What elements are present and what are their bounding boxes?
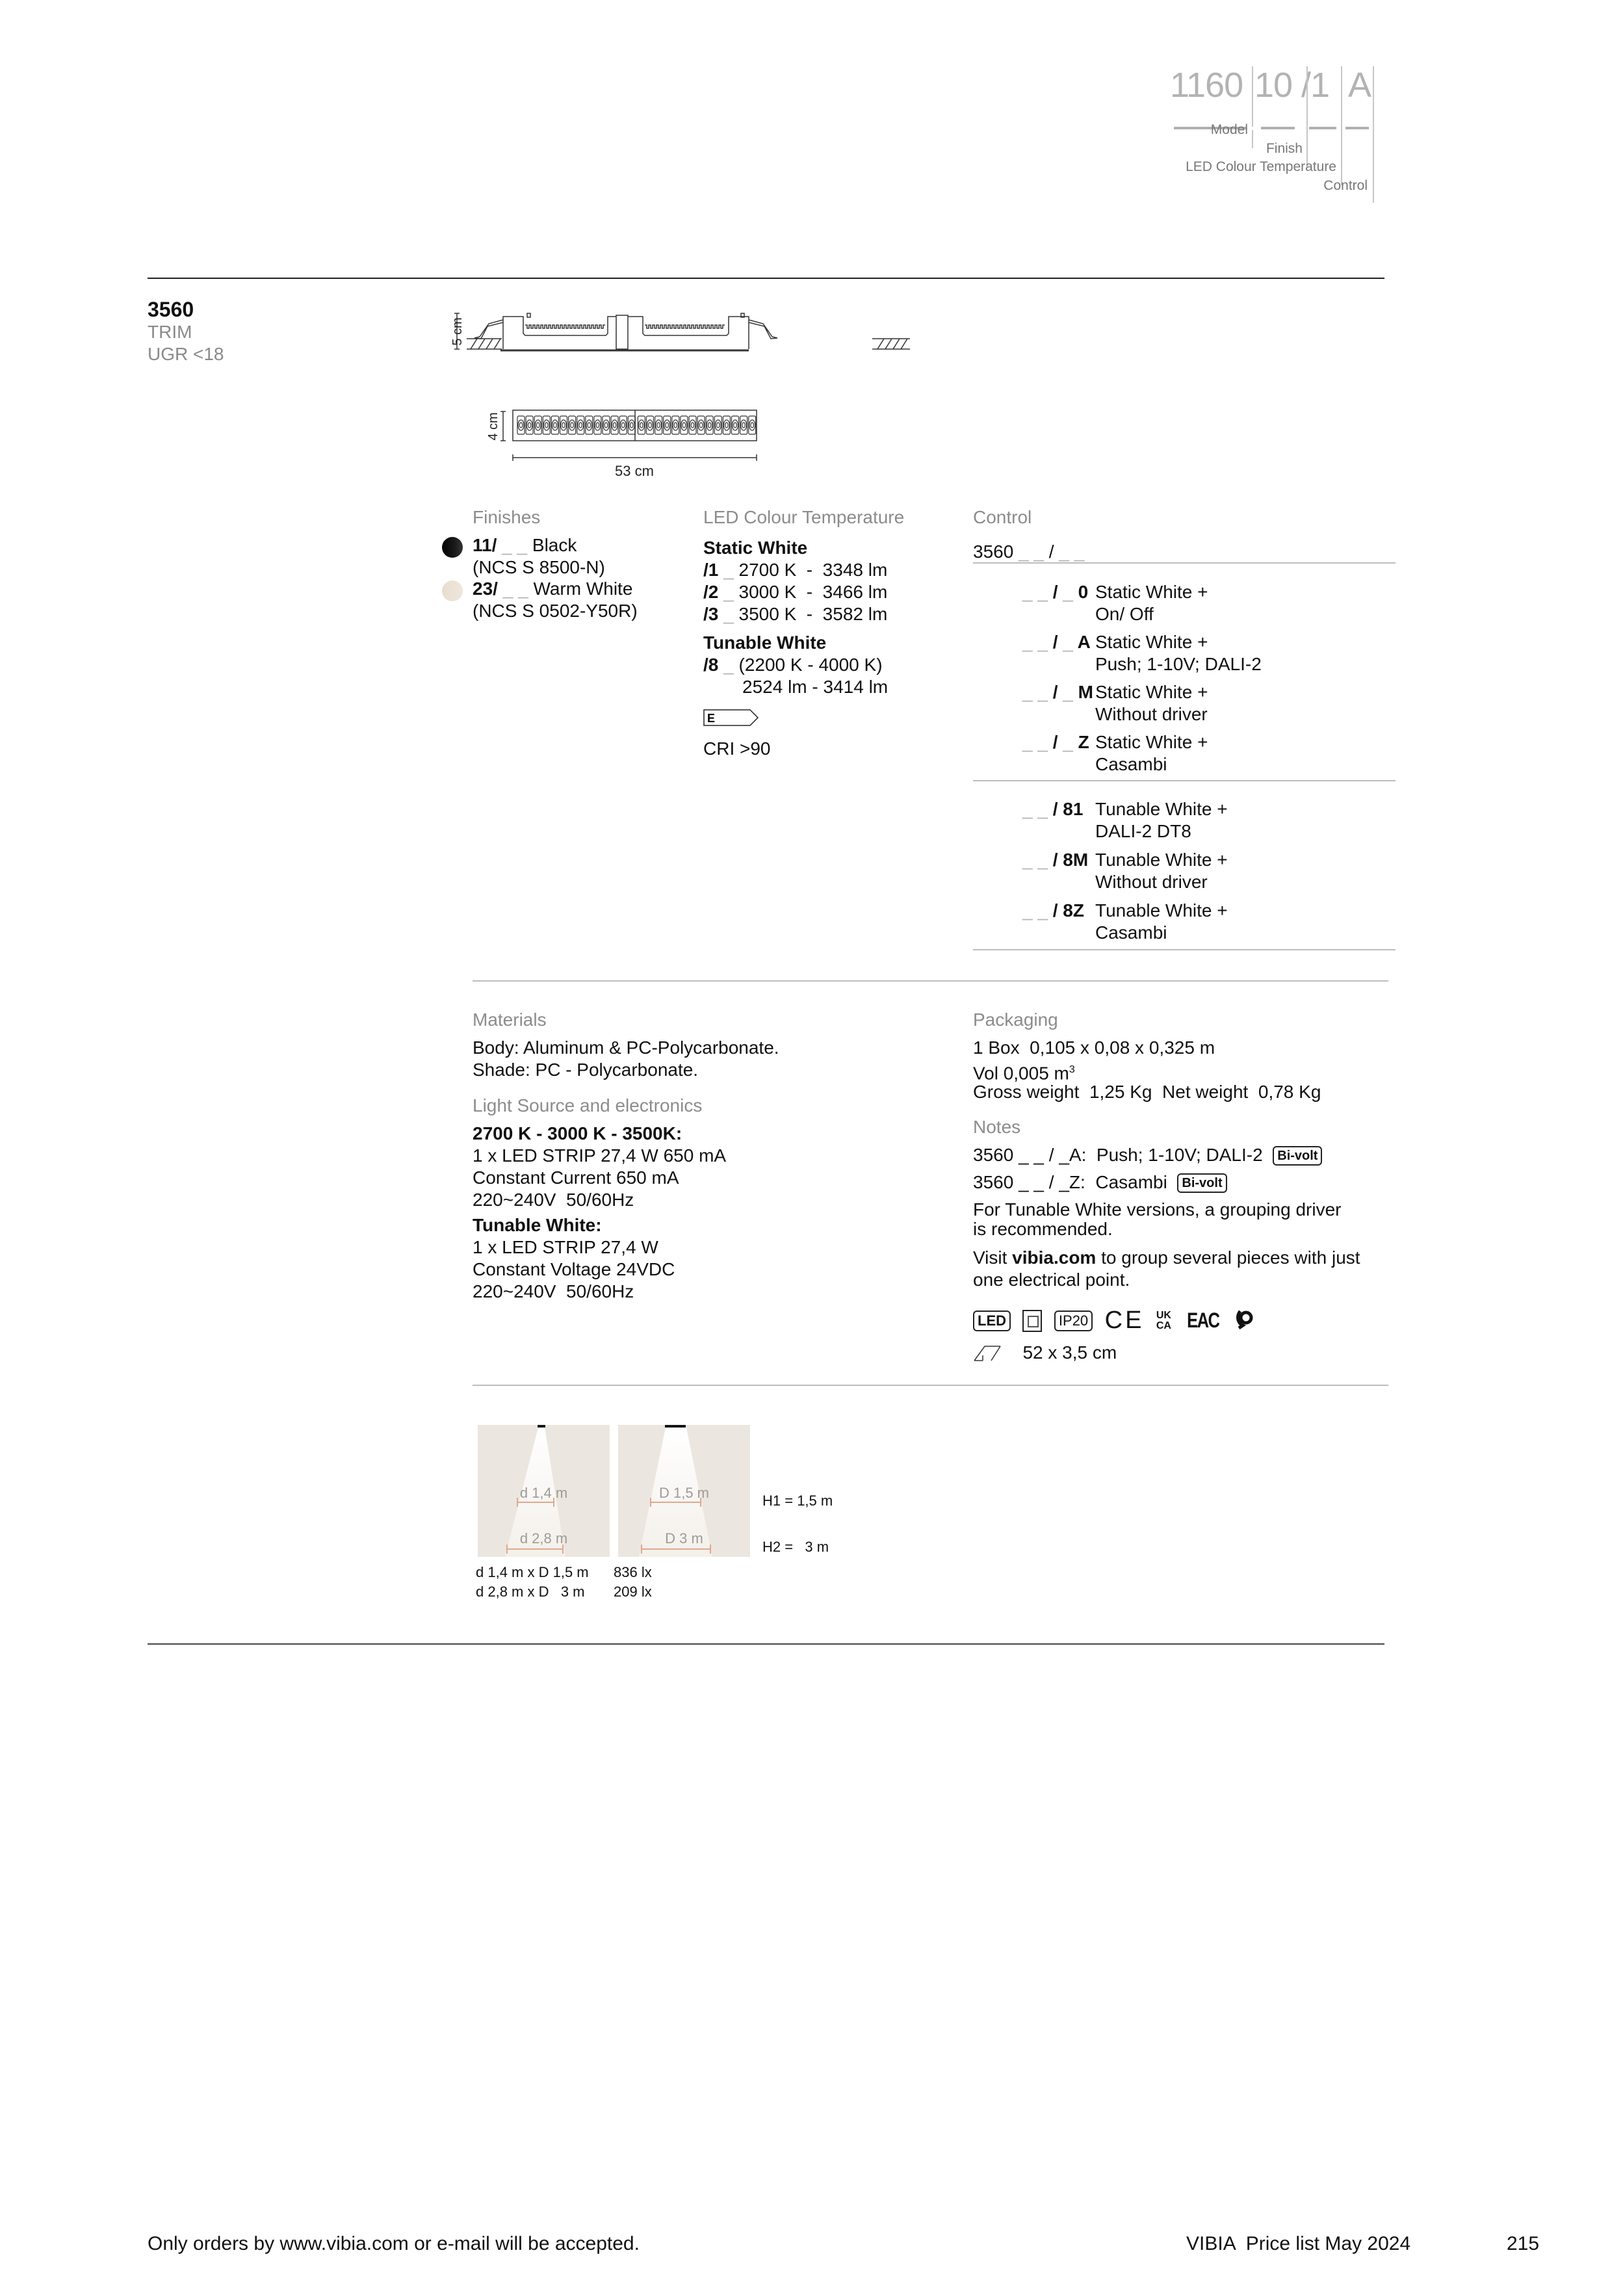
finish-swatch-black[interactable]: [442, 537, 463, 558]
control-option-description: Static White +On/ Off: [1095, 581, 1208, 625]
legend-underline: [1309, 127, 1336, 129]
light-source-line: Constant Current 650 mA: [473, 1167, 679, 1189]
product-ugr: UGR <18: [148, 343, 224, 365]
control-option-code: _ _ / _ A: [1022, 631, 1091, 653]
led-option-3500[interactable]: /3 _ 3500 K - 3582 lm: [703, 603, 887, 625]
side-and-front-drawing: 5 cm 4 cm 53 cm: [448, 306, 955, 481]
svg-text:E: E: [707, 712, 715, 725]
footer-pricelist: VIBIA Price list May 2024: [1186, 2233, 1410, 2255]
led-icon: LED: [973, 1311, 1011, 1331]
finish-warm-white[interactable]: 23/ _ _ Warm White: [473, 578, 632, 600]
beam-diagram-narrow: d 1,4 m d 2,8 m: [478, 1425, 610, 1557]
legend-model-code: 1160: [1170, 65, 1243, 105]
height-h1: H1 = 1,5 m: [762, 1491, 833, 1511]
bi-volt-badge: Bi-volt: [1273, 1146, 1322, 1166]
legend-divider: [1373, 66, 1374, 203]
legend-divider: [1306, 66, 1308, 167]
legend-label-model: Model: [1211, 122, 1248, 138]
materials-shade: Shade: PC - Polycarbonate.: [473, 1059, 698, 1081]
legend-divider: [1252, 66, 1253, 127]
technical-drawing: 5 cm 4 cm 53 cm: [448, 306, 955, 481]
packaging-weight: Gross weight 1,25 Kg Net weight 0,78 Kg: [973, 1081, 1321, 1103]
led-option-tunable[interactable]: /8 _ (2200 K - 4000 K): [703, 654, 883, 676]
class-ii-icon: [1022, 1310, 1042, 1332]
finish-black-ncs: (NCS S 8500-N): [473, 556, 605, 579]
product-code: 3560: [148, 298, 224, 321]
cutout-size: 52 x 3,5 cm: [1022, 1342, 1117, 1363]
photometry-lux-1: 836 lx: [614, 1563, 652, 1582]
section-divider: [473, 980, 1388, 982]
certifications: LED IP20 CE UKCA EAC: [973, 1307, 1264, 1335]
footer-page-number: 215: [1507, 2233, 1539, 2255]
control-option-code: _ _ / _ Z: [1022, 731, 1089, 753]
packaging-title: Packaging: [973, 1010, 1058, 1030]
legend-divider: [1252, 130, 1253, 148]
control-option-description: Tunable White +Without driver: [1095, 849, 1228, 893]
light-source-static-heading: 2700 K - 3000 K - 3500K:: [473, 1123, 682, 1145]
led-option-2700[interactable]: /1 _ 2700 K - 3348 lm: [703, 559, 887, 581]
light-source-tunable-heading: Tunable White:: [473, 1214, 602, 1236]
led-option-3000[interactable]: /2 _ 3000 K - 3466 lm: [703, 581, 887, 603]
beam-diagram-wide: D 1,5 m D 3 m: [618, 1425, 750, 1557]
materials-title: Materials: [473, 1010, 547, 1030]
control-option-code: _ _ / _ 0: [1022, 581, 1088, 603]
legend-label-control: Control: [1323, 178, 1368, 194]
section-divider: [148, 1643, 1384, 1645]
note-a: 3560 _ _ / _A: Push; 1-10V; DALI-2 Bi-vo…: [973, 1144, 1322, 1166]
ip20-icon: IP20: [1054, 1311, 1093, 1331]
control-title: Control: [973, 507, 1032, 528]
control-code-pattern: 3560 _ _ / _ _: [973, 541, 1084, 563]
control-option-code: _ _ / _ M: [1022, 681, 1093, 703]
finishes-title: Finishes: [473, 507, 540, 528]
photometry-lux-2: 209 lx: [614, 1582, 652, 1602]
ukca-mark-icon: UKCA: [1156, 1311, 1171, 1331]
code-legend: 1160 10 /1 A Model Finish LED Colour Tem…: [1163, 65, 1397, 202]
section-divider: [148, 278, 1384, 279]
photometry-dims-2: d 2,8 m x D 3 m: [476, 1582, 585, 1602]
legend-label-finish: Finish: [1266, 141, 1303, 157]
light-source-line: 1 x LED STRIP 27,4 W: [473, 1236, 658, 1259]
svg-text:4 cm: 4 cm: [486, 412, 500, 440]
light-source-line: 1 x LED STRIP 27,4 W 650 mA: [473, 1145, 726, 1167]
light-source-line: 220~240V 50/60Hz: [473, 1189, 634, 1211]
legend-underline: [1261, 127, 1295, 129]
product-header: 3560 TRIM UGR <18: [148, 298, 224, 365]
control-option-code: _ _ / 81: [1022, 798, 1083, 820]
bi-volt-badge: Bi-volt: [1177, 1173, 1227, 1193]
control-option-code: _ _ / 8Z: [1022, 900, 1084, 922]
legend-finish-code: 10: [1254, 65, 1292, 105]
footer-orders-note: Only orders by www.vibia.com or e-mail w…: [148, 2233, 640, 2255]
eac-mark-icon: EAC: [1188, 1309, 1219, 1333]
recycle-mark-icon: [1235, 1307, 1254, 1335]
legend-divider: [1341, 66, 1342, 185]
control-divider: [973, 780, 1396, 781]
materials-body: Body: Aluminum & PC-Polycarbonate.: [473, 1037, 779, 1059]
height-h2: H2 = 3 m: [762, 1537, 829, 1557]
note-visit: Visit vibia.com to group several pieces …: [973, 1247, 1360, 1269]
tunable-lumen: 2524 lm - 3414 lm: [742, 676, 888, 698]
control-option-code: _ _ / 8M: [1022, 849, 1088, 871]
finish-warm-white-ncs: (NCS S 0502-Y50R): [473, 600, 638, 622]
static-white-title: Static White: [703, 537, 807, 559]
finish-black[interactable]: 11/ _ _ Black: [473, 534, 577, 556]
light-source-line: Constant Voltage 24VDC: [473, 1259, 675, 1281]
ce-mark-icon: CE: [1105, 1307, 1145, 1335]
control-option-description: Tunable White +DALI-2 DT8: [1095, 798, 1228, 842]
energy-class-label: E: [703, 709, 762, 730]
light-source-title: Light Source and electronics: [473, 1095, 702, 1116]
led-title: LED Colour Temperature: [703, 507, 904, 528]
finish-swatch-warm-white[interactable]: [442, 581, 463, 601]
cri-value: CRI >90: [703, 738, 771, 760]
control-divider: [973, 949, 1396, 950]
control-option-description: Static White +Push; 1-10V; DALI-2: [1095, 631, 1262, 675]
note-tunable-2: is recommended.: [973, 1218, 1113, 1240]
light-source-line: 220~240V 50/60Hz: [473, 1281, 634, 1303]
legend-control-code: A: [1348, 65, 1371, 105]
note-visit-2: one electrical point.: [973, 1269, 1130, 1291]
notes-title: Notes: [973, 1117, 1020, 1138]
control-option-description: Static White +Without driver: [1095, 681, 1208, 725]
note-z: 3560 _ _ / _Z: Casambi Bi-volt: [973, 1171, 1227, 1194]
packaging-box: 1 Box 0,105 x 0,08 x 0,325 m: [973, 1037, 1215, 1059]
legend-led-code: /1: [1301, 65, 1329, 105]
svg-text:5 cm: 5 cm: [450, 317, 465, 345]
product-type: TRIM: [148, 321, 224, 343]
control-option-description: Static White +Casambi: [1095, 731, 1208, 776]
legend-underline: [1345, 127, 1369, 129]
cutout-icon: [973, 1344, 1012, 1362]
control-option-description: Tunable White +Casambi: [1095, 900, 1228, 944]
legend-label-led: LED Colour Temperature: [1186, 159, 1336, 175]
cutout-row: 52 x 3,5 cm: [973, 1342, 1117, 1364]
section-divider: [473, 1385, 1388, 1386]
note-tunable-1: For Tunable White versions, a grouping d…: [973, 1199, 1342, 1221]
photometry-dims-1: d 1,4 m x D 1,5 m: [476, 1563, 589, 1582]
control-divider: [973, 562, 1396, 564]
tunable-white-title: Tunable White: [703, 632, 826, 654]
svg-text:53 cm: 53 cm: [615, 463, 654, 479]
vibia-link[interactable]: vibia.com: [1012, 1247, 1096, 1268]
